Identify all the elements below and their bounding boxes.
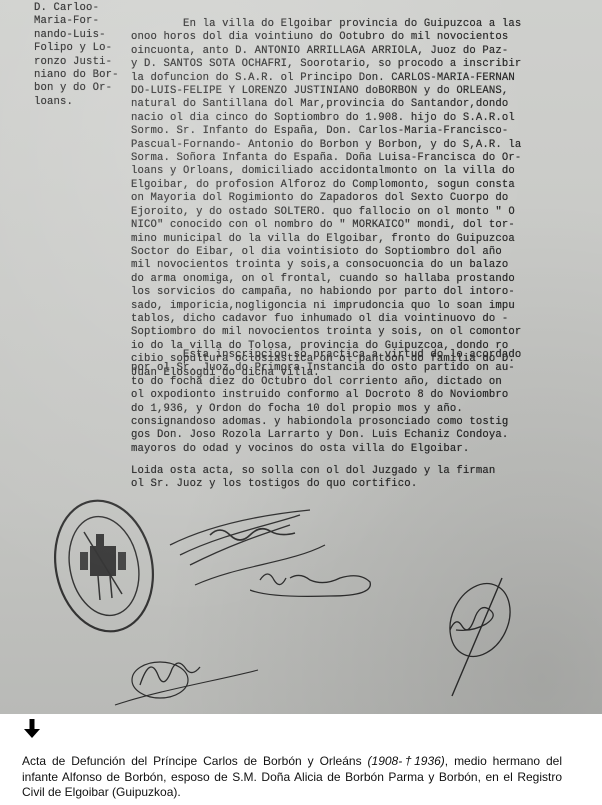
signature-witness-icon [250,560,380,620]
margin-note: D. Carloo- Maria-For- nando-Luis- Folipo… [34,2,119,109]
signature-lower-icon [110,630,260,710]
paragraph-inscription: Esta inscripcion so practica a virtud do… [131,349,521,456]
caption-text-start: Acta de Defunción del Príncipe Carlos de… [22,754,368,768]
arrow-down-icon [22,718,42,740]
image-caption: Acta de Defunción del Príncipe Carlos de… [22,754,562,801]
document-photo: D. Carloo- Maria-For- nando-Luis- Folipo… [0,0,602,714]
court-seal-icon [52,494,162,644]
paragraph-death-record: En la villa do Elgoibar provincia do Gui… [131,18,521,380]
caption-dates: (1908-†1936) [368,754,445,768]
paragraph-closing: Loida osta acta, so solla con ol dol Juz… [131,465,495,492]
caption-area: Acta de Defunción del Príncipe Carlos de… [0,714,602,805]
signature-secretary-icon [430,568,520,708]
